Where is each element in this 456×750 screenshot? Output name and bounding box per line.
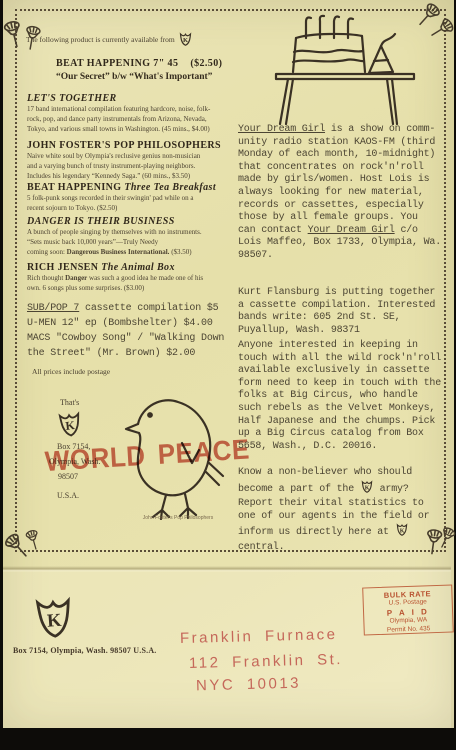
catalog-intro: The following product is currently avail… [26,32,193,48]
svg-text:K: K [46,610,62,631]
listing-title: LET'S TOGETHER [27,93,117,104]
svg-text:K: K [399,529,404,535]
svg-text:K: K [365,485,370,491]
typewriter-listings: SUB/POP 7 cassette compilation $5 U-MEN … [27,301,239,361]
k-shield-icon: K [58,411,82,437]
listing-desc: 17 band international compilation featur… [27,104,235,134]
featured-subtitle: “Our Secret” b/w “What's Important” [56,72,212,82]
show-name: Your Dream Girl [238,124,325,135]
listing-desc: Naive white soul by Olympia's reclusive … [27,151,235,181]
catalog-intro-text: The following product is currently avail… [26,35,175,44]
paragraph-text: central. [238,542,284,553]
thumbtack-icon [26,529,41,552]
listing-desc: Rich thought Danger was such a good idea… [27,273,235,293]
listing-title: RICH JENSEN The Animal Box [27,262,175,273]
coming-soon-title: Dangerous Business International. [67,248,170,256]
radio-paragraph: Your Dream Girl is a show on comm- unity… [238,124,454,263]
recipient-address-line: NYC 10013 [196,675,301,695]
big-circus-paragraph: Anyone interested in keeping in touch wi… [238,340,454,453]
featured-price: ($2.50) [190,58,222,69]
bulk-rate-postage-stamp: BULK RATE U.S. Postage P A I D Olympia, … [362,584,454,635]
listing-title-italic: Three Tea Breakfast [124,182,216,193]
listing-title: DANGER IS THEIR BUSINESS [27,216,175,227]
scan-edge-bottom [0,728,456,750]
listing-coming-soon: coming soon: Dangerous Business Internat… [27,247,235,257]
listing-title-text: RICH JENSEN [27,262,98,273]
scan-edge-left [0,0,3,750]
k-shield-logo: K [34,594,74,640]
listing-desc: 5 folk-punk songs recorded in their swin… [27,193,235,213]
postage-note: All prices include postage [32,367,110,376]
desc-text: Rich thought [27,274,65,282]
k-shield-icon: K [361,480,373,499]
svg-text:K: K [183,37,188,44]
listing-title: JOHN FOSTER'S POP PHILOSOPHERS [27,140,221,151]
coming-soon-text: coming soon: [27,248,67,256]
zine-page-scan: The following product is currently avail… [0,0,456,750]
svg-text:K: K [65,418,76,433]
show-name: Your Dream Girl [308,225,395,236]
coming-soon-price: ($3.50) [169,248,191,256]
featured-title: BEAT HAPPENING 7" 45 [56,58,178,69]
subpop-label: SUB/POP 7 [27,303,79,314]
thats-label: That's [60,398,79,407]
paragraph-text: is a show on comm- unity radio station K… [238,124,435,236]
k-address-line: U.S.A. [57,491,79,500]
desc-bold: Danger [65,274,87,282]
birthday-cake-drawing [266,8,426,126]
k-army-paragraph: Know a non-believer who should become a … [238,467,454,555]
k-shield-icon: K [179,32,192,48]
fold-crease [0,566,451,572]
listing-desc: A bunch of people singing by themselves … [27,227,235,247]
k-shield-icon: K [396,523,408,542]
listing-title: BEAT HAPPENING Three Tea Breakfast [27,182,216,193]
bird-caption: John Foster's Pop Philosophers [128,515,228,521]
thumbtack-icon [432,16,450,43]
listing-title-italic: The Animal Box [101,262,175,273]
listing-title-text: BEAT HAPPENING [27,182,121,193]
cassette-compilation-paragraph: Kurt Flansburg is putting together a cas… [238,287,454,337]
return-address: Box 7154, Olympia, Wash. 98507 U.S.A. [13,646,157,655]
featured-release: BEAT HAPPENING 7" 45($2.50) [56,58,222,69]
